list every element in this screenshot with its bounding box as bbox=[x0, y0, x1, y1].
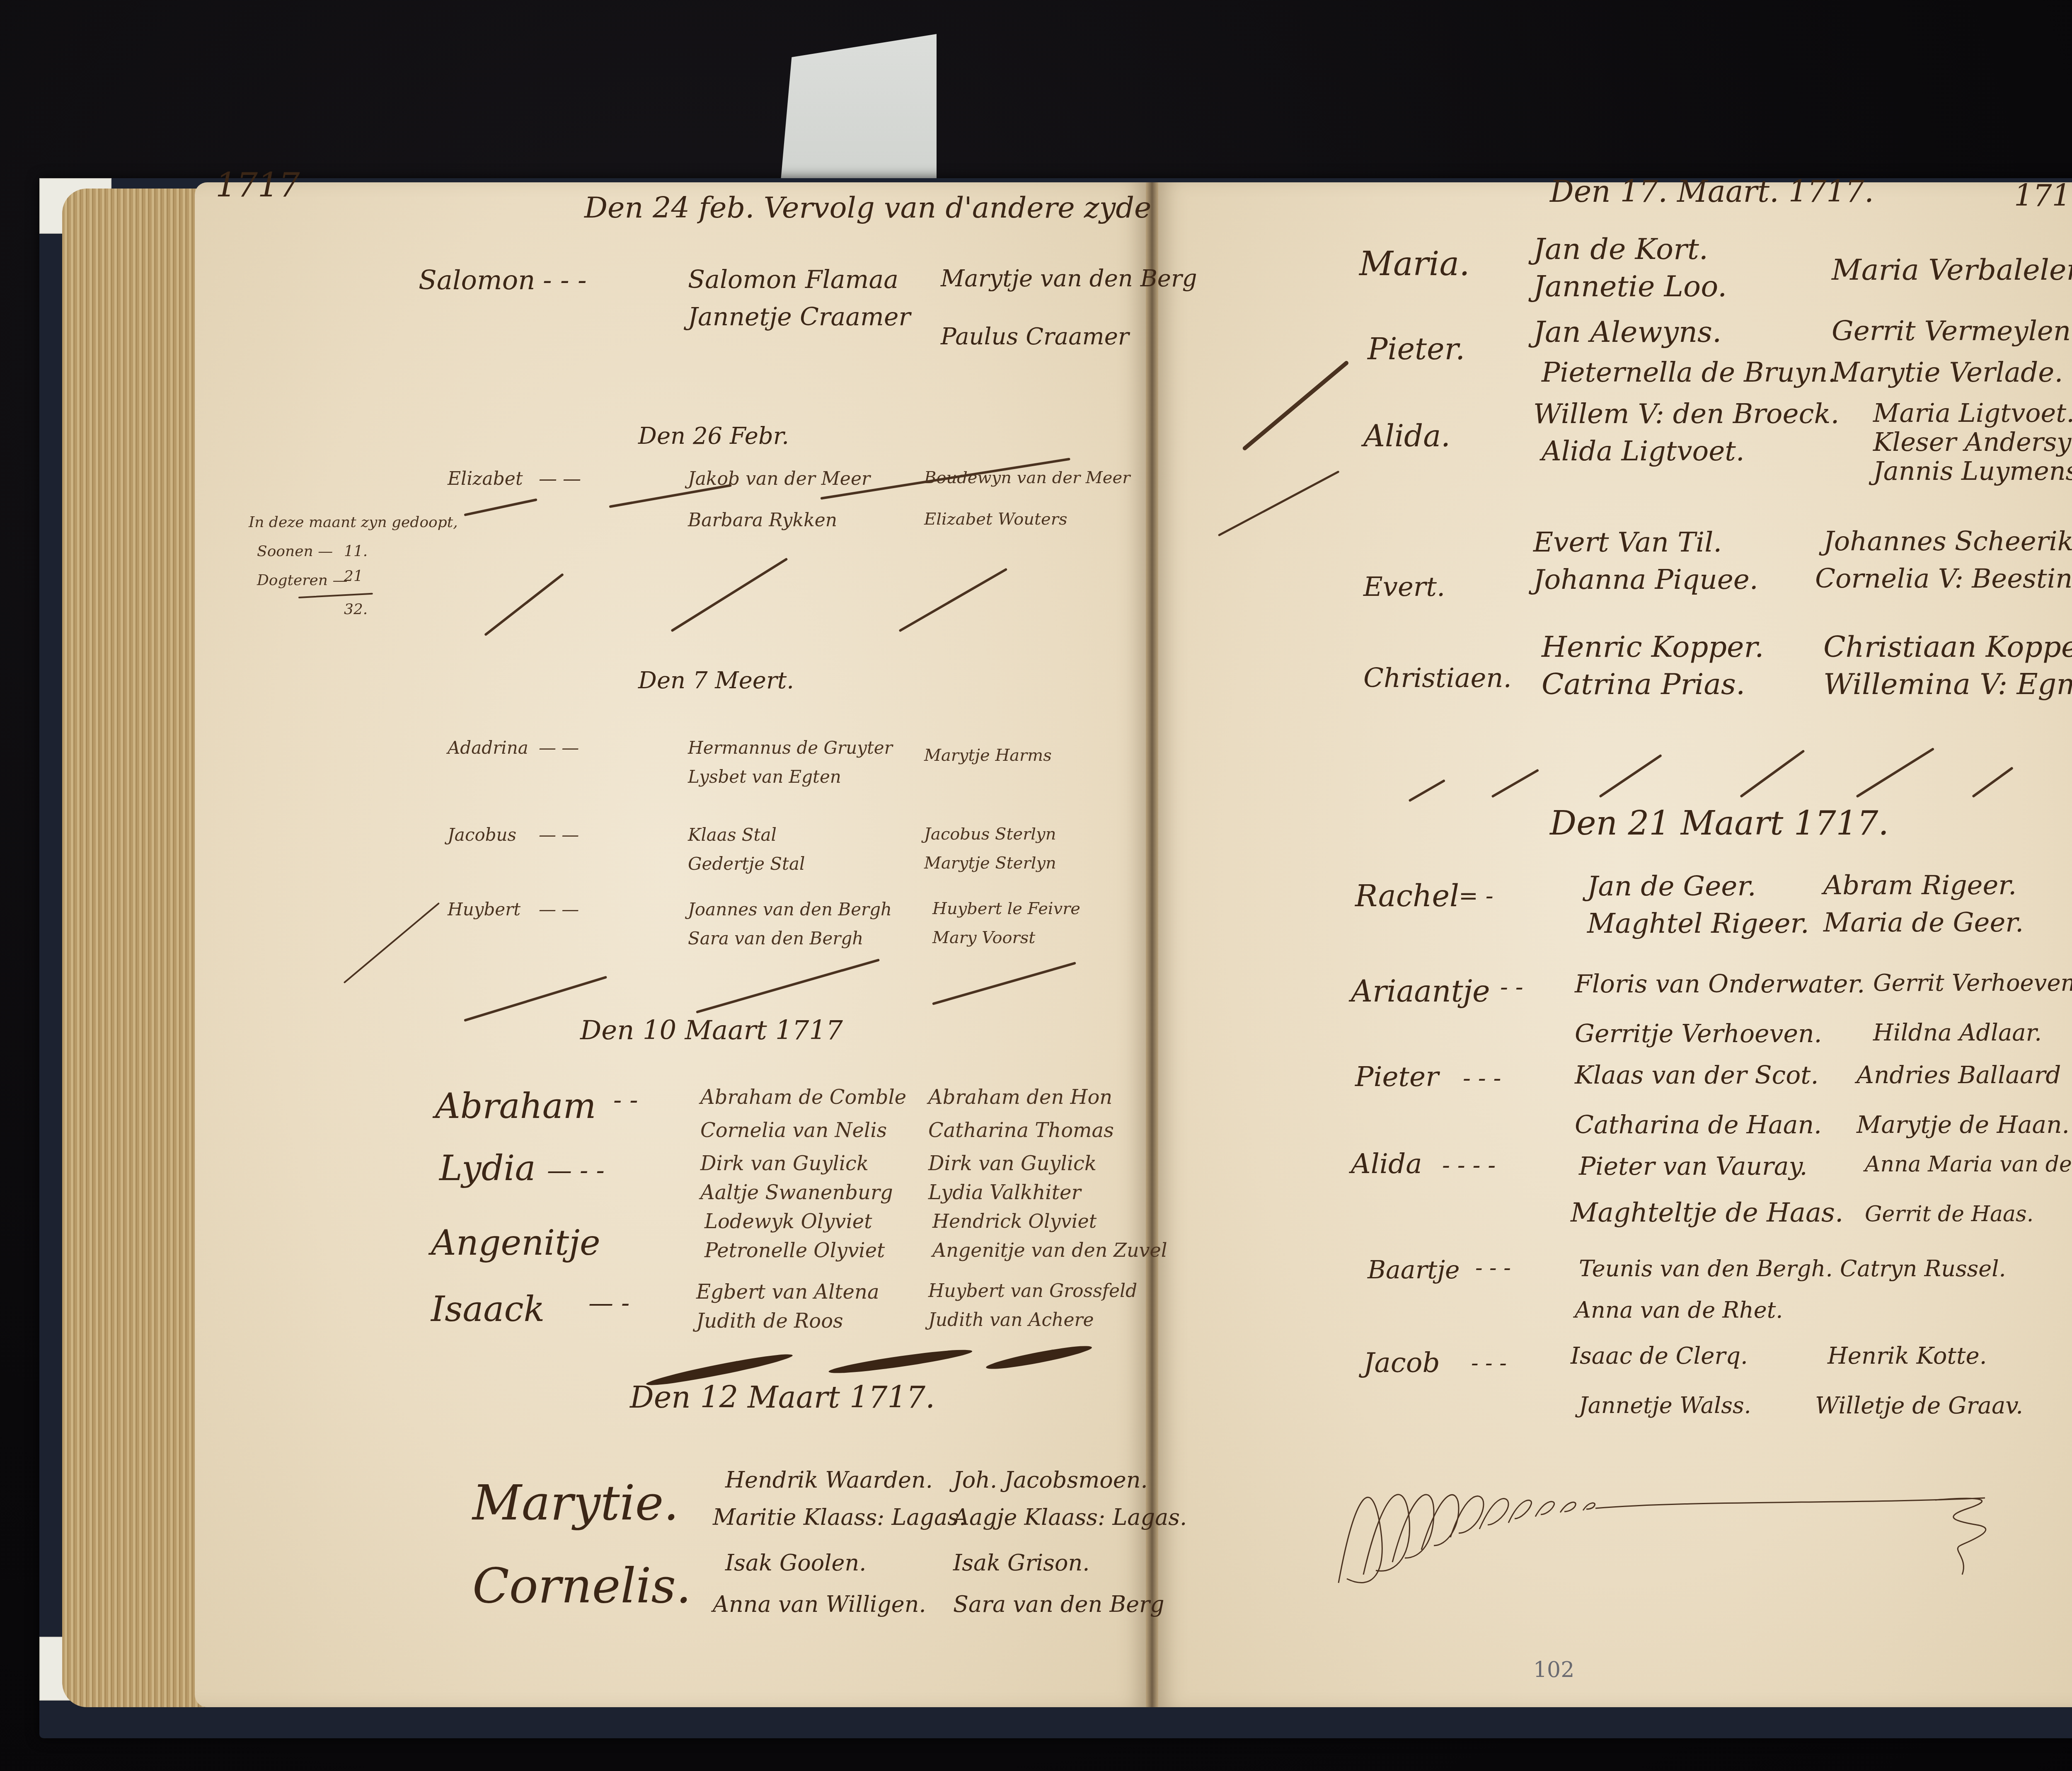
witness-name: Isak Grison. bbox=[953, 1550, 1090, 1576]
margin-daughters-value: 21 bbox=[344, 568, 363, 585]
witness-name: Willemina V: Egmont. bbox=[1823, 667, 2072, 701]
child-name: Christiaen. bbox=[1363, 663, 1512, 694]
parent-name: Barbara Rykken bbox=[688, 510, 837, 531]
parent-name: Anna van de Rhet. bbox=[1575, 1297, 1783, 1323]
witness-name: Marytje Sterlyn bbox=[924, 854, 1056, 873]
parent-name: Cornelia van Nelis bbox=[700, 1119, 887, 1142]
corner-year: 1717 bbox=[2014, 178, 2072, 213]
child-name: Alida bbox=[1351, 1148, 1422, 1180]
child-name: Cornelis. bbox=[472, 1558, 691, 1614]
witness-name: Gerrit Verhoeven. bbox=[1873, 970, 2072, 997]
witness-name: Judith van Achere bbox=[928, 1309, 1094, 1331]
section-heading: Den 21 Maart 1717. bbox=[1550, 804, 1889, 842]
child-name: Maria. bbox=[1359, 244, 1470, 283]
child-name: Angenitje bbox=[431, 1222, 600, 1263]
entry-dashes: - - - bbox=[1475, 1256, 1511, 1280]
parent-name: Floris van Onderwater. bbox=[1575, 970, 1865, 999]
witness-name: Sara van den Berg bbox=[953, 1591, 1164, 1617]
margin-total: 32. bbox=[344, 601, 368, 618]
parent-name: Abraham de Comble bbox=[700, 1086, 906, 1109]
parent-name: Willem V: den Broeck. bbox=[1533, 398, 1839, 430]
parent-name: Gedertje Stal bbox=[688, 854, 805, 874]
entry-dashes: - - bbox=[1500, 974, 1523, 1001]
folio-number: 102 bbox=[1533, 1657, 1574, 1682]
child-name: Isaack bbox=[431, 1289, 545, 1329]
parent-name: Evert Van Til. bbox=[1533, 526, 1722, 558]
entry-dashes: — — bbox=[539, 738, 579, 758]
witness-name: Boudewyn van der Meer bbox=[924, 468, 1130, 487]
parent-name: Hermannus de Gruyter bbox=[688, 738, 893, 758]
parent-name: Pieternella de Bruyn. bbox=[1542, 356, 1836, 388]
margin-sons-label: Soonen — bbox=[257, 543, 333, 560]
section-heading: Den 17. Maart. 1717. bbox=[1550, 174, 1874, 209]
witness-name: Lydia Valkhiter bbox=[928, 1181, 1081, 1204]
parent-name: Catrina Prias. bbox=[1542, 667, 1745, 701]
margin-sons-value: 11. bbox=[344, 543, 368, 560]
witness-name: Catharina Thomas bbox=[928, 1119, 1114, 1142]
entry-dashes: — - bbox=[588, 1289, 629, 1318]
child-name: Rachel bbox=[1355, 878, 1459, 913]
entry-dashes: - - bbox=[613, 1086, 638, 1115]
parent-name: Isak Goolen. bbox=[725, 1550, 866, 1576]
child-name: Jacob bbox=[1363, 1347, 1440, 1379]
child-name: Abraham bbox=[435, 1086, 596, 1126]
witness-name: Gerrit Vermeylen. bbox=[1832, 315, 2072, 347]
witness-name: Huybert van Grossfeld bbox=[928, 1280, 1137, 1302]
parent-name: Dirk van Guylick bbox=[700, 1152, 869, 1175]
parent-name: Maritie Klaass: Lagas. bbox=[713, 1504, 966, 1530]
entry-dashes: - - - - bbox=[1442, 1152, 1496, 1179]
witness-name: Andries Ballaard bbox=[1857, 1061, 2061, 1089]
parent-name: Johanna Piquee. bbox=[1533, 564, 1758, 595]
parent-name: Catharina de Haan. bbox=[1575, 1111, 1822, 1140]
child-name: Baartje bbox=[1368, 1256, 1460, 1285]
section-heading: Den 10 Maart 1717 bbox=[580, 1015, 843, 1046]
witness-name: Abram Rigeer. bbox=[1823, 870, 2016, 901]
witness-name: Catryn Russel. bbox=[1840, 1256, 2006, 1282]
witness-name: Marytje Harms bbox=[924, 746, 1052, 765]
witness-name: Dirk van Guylick bbox=[928, 1152, 1097, 1175]
witness-name: Anna Maria van der Ley. bbox=[1865, 1152, 2072, 1177]
witness-name: Kleser Andersyn. bbox=[1873, 427, 2072, 457]
witness-name: Marytje de Haan. bbox=[1857, 1111, 2070, 1139]
witness-name: Jannis Luymens. bbox=[1873, 456, 2072, 486]
witness-name: Henrik Kotte. bbox=[1828, 1343, 1987, 1369]
witness-name: Elizabet Wouters bbox=[924, 510, 1067, 529]
entry-dashes: - - - bbox=[1463, 1065, 1501, 1092]
entry-dashes: - - - bbox=[1471, 1351, 1507, 1376]
parent-name: Lodewyk Olyviet bbox=[704, 1210, 872, 1233]
parent-name: Aaltje Swanenburg bbox=[700, 1181, 893, 1204]
parent-name: Jannetie Loo. bbox=[1533, 269, 1727, 303]
section-heading: Den 26 Febr. bbox=[638, 423, 789, 450]
witness-name: Willetje de Graav. bbox=[1815, 1392, 2023, 1419]
entry-dashes: = - bbox=[1459, 883, 1493, 910]
child-name: Adadrina bbox=[448, 738, 528, 758]
child-name: Salomon bbox=[419, 265, 535, 296]
child-name: Alida. bbox=[1363, 419, 1450, 453]
parent-name: Jakob van der Meer bbox=[688, 468, 870, 489]
witness-name: Jacobus Sterlyn bbox=[924, 825, 1056, 844]
witness-name: Maria de Geer. bbox=[1823, 907, 2024, 938]
witness-name: Maria Verbalelen. bbox=[1832, 253, 2072, 287]
parent-name: Jan Alewyns. bbox=[1533, 315, 1721, 349]
parent-name: Maghteltje de Haas. bbox=[1571, 1198, 1843, 1228]
parent-name: Egbert van Altena bbox=[696, 1280, 879, 1304]
witness-name: Huybert le Feivre bbox=[932, 899, 1080, 918]
child-name: Evert. bbox=[1363, 572, 1445, 602]
child-name: Ariaantje bbox=[1351, 974, 1490, 1009]
witness-name: Aagje Klaass: Lagas. bbox=[953, 1504, 1187, 1530]
child-name: Lydia bbox=[439, 1148, 535, 1188]
parent-name: Teunis van den Bergh. bbox=[1579, 1256, 1833, 1282]
parent-name: Jan de Kort. bbox=[1533, 232, 1708, 266]
witness-name: Cornelia V: Beesting. bbox=[1815, 564, 2072, 594]
child-name: Elizabet bbox=[448, 468, 523, 489]
witness-name: Marytie Verlade. bbox=[1832, 356, 2063, 388]
entry-dashes: — - - bbox=[547, 1156, 605, 1185]
entry-dashes: - - - bbox=[543, 265, 587, 296]
parent-name: Anna van Willigen. bbox=[713, 1591, 926, 1617]
margin-note: In deze maant zyn gedoopt, bbox=[249, 514, 458, 531]
witness-name: Hildna Adlaar. bbox=[1873, 1019, 2042, 1046]
child-name: Marytie. bbox=[472, 1475, 679, 1531]
section-heading: Den 24 feb. Vervolg van d'andere zyde bbox=[584, 191, 1152, 225]
parent-name: Jan de Geer. bbox=[1587, 870, 1756, 902]
parent-name: Klaas Stal bbox=[688, 825, 777, 845]
witness-name: Mary Voorst bbox=[932, 928, 1035, 947]
parent-name: Lysbet van Egten bbox=[688, 767, 841, 787]
witness-name: Abraham den Hon bbox=[928, 1086, 1112, 1109]
section-heading: Den 12 Maart 1717. bbox=[630, 1380, 935, 1415]
child-name: Pieter. bbox=[1368, 331, 1465, 366]
left-fore-edge bbox=[62, 189, 211, 1707]
parent-name: Joannes van den Bergh bbox=[688, 899, 892, 919]
parent-name: Klaas van der Scot. bbox=[1575, 1061, 1819, 1090]
section-heading: Den 7 Meert. bbox=[638, 667, 794, 694]
parent-name: Maghtel Rigeer. bbox=[1587, 907, 1809, 939]
parent-name: Alida Ligtvoet. bbox=[1542, 435, 1745, 467]
margin-daughters-label: Dogteren — bbox=[257, 572, 348, 589]
parent-name: Jannetje Walss. bbox=[1579, 1392, 1751, 1418]
entry-dashes: — — bbox=[539, 468, 581, 489]
parent-name: Jannetje Craamer bbox=[688, 302, 910, 331]
witness-name: Christiaan Kopper. bbox=[1823, 630, 2072, 664]
paper-tab-marker bbox=[779, 34, 937, 200]
child-name: Jacobus bbox=[448, 825, 516, 845]
witness-name: Joh. Jacobsmoen. bbox=[953, 1467, 1148, 1493]
parent-name: Salomon Flamaa bbox=[688, 265, 898, 294]
child-name: Pieter bbox=[1355, 1061, 1439, 1093]
parent-name: Hendrik Waarden. bbox=[725, 1467, 933, 1493]
parent-name: Pieter van Vauray. bbox=[1579, 1152, 1808, 1181]
witness-name: Hendrick Olyviet bbox=[932, 1210, 1097, 1232]
entry-dashes: — — bbox=[539, 899, 579, 919]
parent-name: Henric Kopper. bbox=[1542, 630, 1764, 664]
child-name: Huybert bbox=[448, 899, 520, 919]
closing-flourish bbox=[1322, 1475, 2068, 1591]
entry-dashes: — — bbox=[539, 825, 579, 845]
witness-name: Marytje van den Berg bbox=[941, 265, 1197, 292]
parent-name: Sara van den Bergh bbox=[688, 928, 863, 948]
parent-name: Judith de Roos bbox=[696, 1309, 843, 1333]
parent-name: Isaac de Clerq. bbox=[1571, 1343, 1748, 1369]
parent-name: Gerritje Verhoeven. bbox=[1575, 1019, 1822, 1048]
witness-name: Maria Ligtvoet. bbox=[1873, 398, 2072, 428]
witness-name: Angenitje van den Zuvel bbox=[932, 1239, 1167, 1261]
witness-name: Johannes Scheeriken. bbox=[1823, 526, 2072, 557]
parent-name: Petronelle Olyviet bbox=[704, 1239, 885, 1262]
witness-name: Paulus Craamer bbox=[941, 323, 1129, 350]
corner-year: 1717 bbox=[215, 166, 300, 204]
witness-name: Gerrit de Haas. bbox=[1865, 1202, 2033, 1227]
